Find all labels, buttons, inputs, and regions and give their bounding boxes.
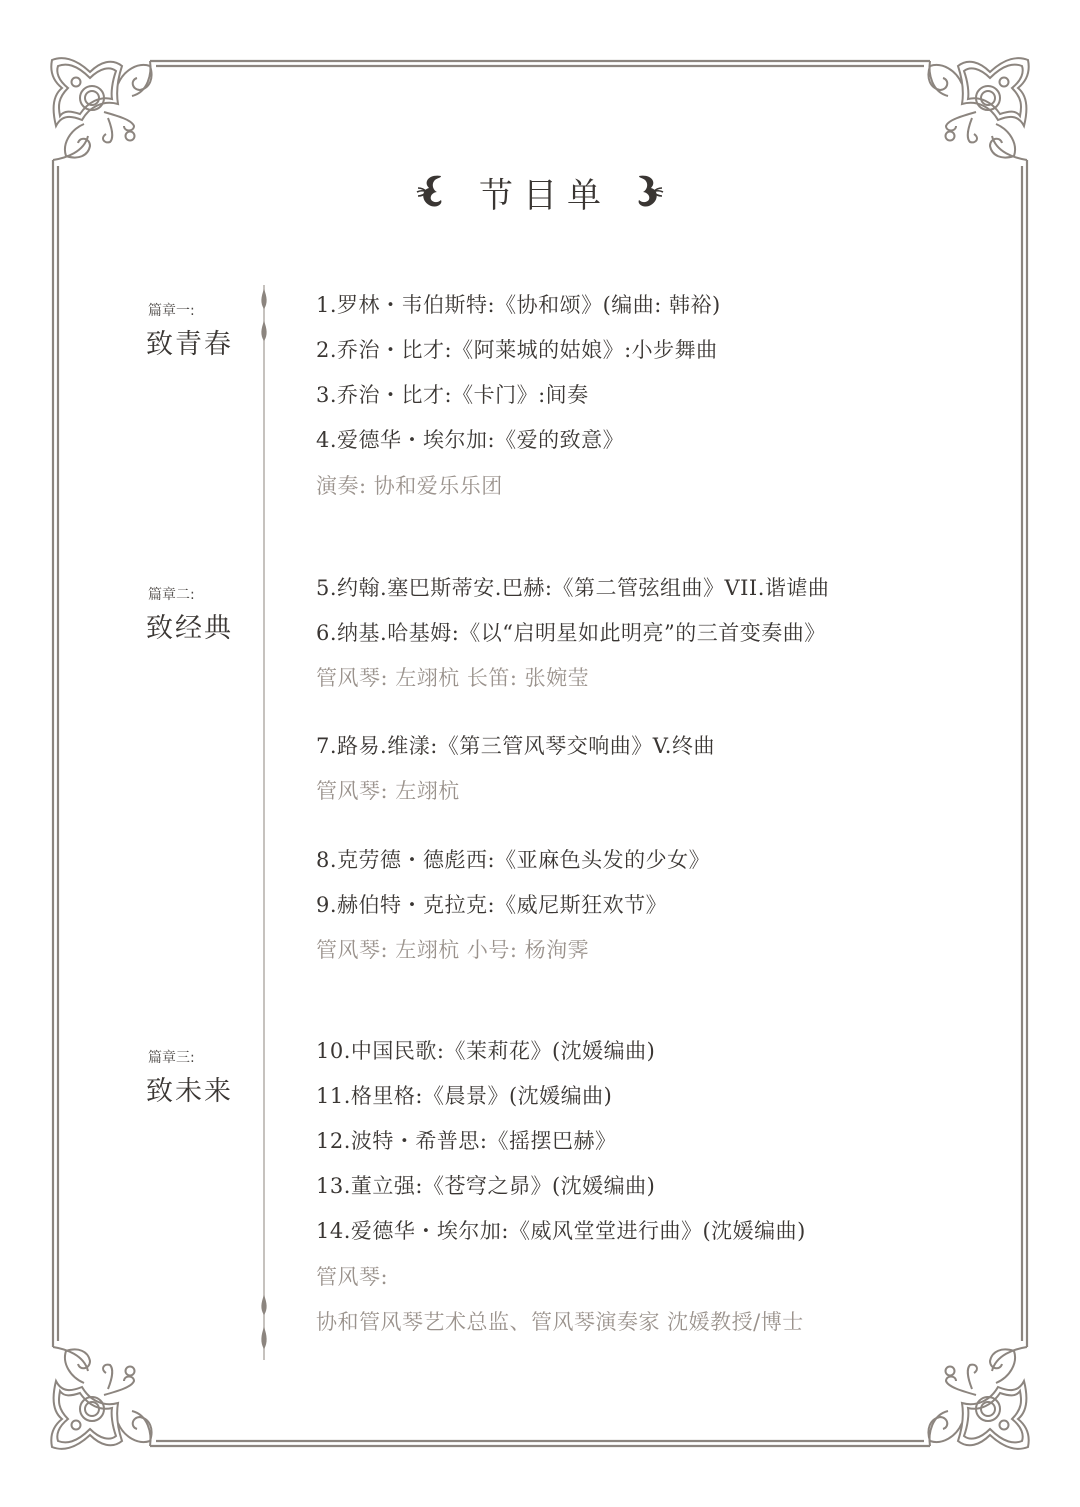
chapter-label: 篇章一: (148, 300, 195, 320)
performer-credit: 协和管风琴艺术总监、管风琴演奏家 沈媛教授/博士 (316, 1307, 804, 1337)
program-item: 1.罗林・韦伯斯特:《协和颂》(编曲: 韩裕) (316, 290, 721, 320)
chapter-name: 致青春 (146, 322, 233, 361)
chapter-label: 篇章二: (148, 584, 195, 604)
program-item: 13.董立强:《苍穹之昴》(沈媛编曲) (316, 1171, 655, 1201)
program-item: 10.中国民歌:《茉莉花》(沈媛编曲) (316, 1036, 655, 1066)
program-item: 8.克劳德・德彪西:《亚麻色头发的少女》 (316, 845, 710, 875)
chapter-label: 篇章三: (148, 1047, 195, 1067)
corner-ornament-bottom-left (51, 1347, 151, 1449)
performer-credit: 管风琴: 左翊杭 长笛: 张婉莹 (316, 663, 589, 693)
timeline-divider (250, 285, 280, 1360)
page-title: 节目单 (469, 168, 611, 217)
page-title-block: 节目单 (0, 160, 1080, 224)
performer-credit: 管风琴: 左翊杭 (316, 776, 460, 806)
program-item: 6.纳基.哈基姆:《以“启明星如此明亮”的三首变奏曲》 (316, 618, 826, 648)
chapter-name: 致经典 (146, 606, 233, 645)
corner-ornament-top-left (51, 58, 151, 160)
scroll-ornament-left-icon (415, 170, 447, 214)
program-item: 2.乔治・比才:《阿莱城的姑娘》:小步舞曲 (316, 335, 718, 365)
program-item: 5.约翰.塞巴斯蒂安.巴赫:《第二管弦组曲》VII.谐谑曲 (316, 573, 829, 603)
corner-ornament-top-right (928, 58, 1028, 160)
program-item: 14.爱德华・埃尔加:《威风堂堂进行曲》(沈媛编曲) (316, 1216, 806, 1246)
program-item: 11.格里格:《晨景》(沈媛编曲) (316, 1081, 612, 1111)
program-item: 3.乔治・比才:《卡门》:间奏 (316, 380, 589, 410)
corner-ornament-bottom-right (928, 1347, 1028, 1449)
program-item: 7.路易.维漾:《第三管风琴交响曲》V.终曲 (316, 731, 715, 761)
program-item: 4.爱德华・埃尔加:《爱的致意》 (316, 425, 624, 455)
scroll-ornament-right-icon (633, 170, 665, 214)
program-item: 9.赫伯特・克拉克:《威尼斯狂欢节》 (316, 890, 667, 920)
performer-label: 管风琴: (316, 1262, 388, 1292)
performer-credit: 管风琴: 左翊杭 小号: 杨洵霁 (316, 935, 589, 965)
program-item: 12.波特・希普思:《摇摆巴赫》 (316, 1126, 616, 1156)
performer-credit: 演奏: 协和爱乐乐团 (316, 471, 503, 501)
chapter-name: 致未来 (146, 1069, 233, 1108)
